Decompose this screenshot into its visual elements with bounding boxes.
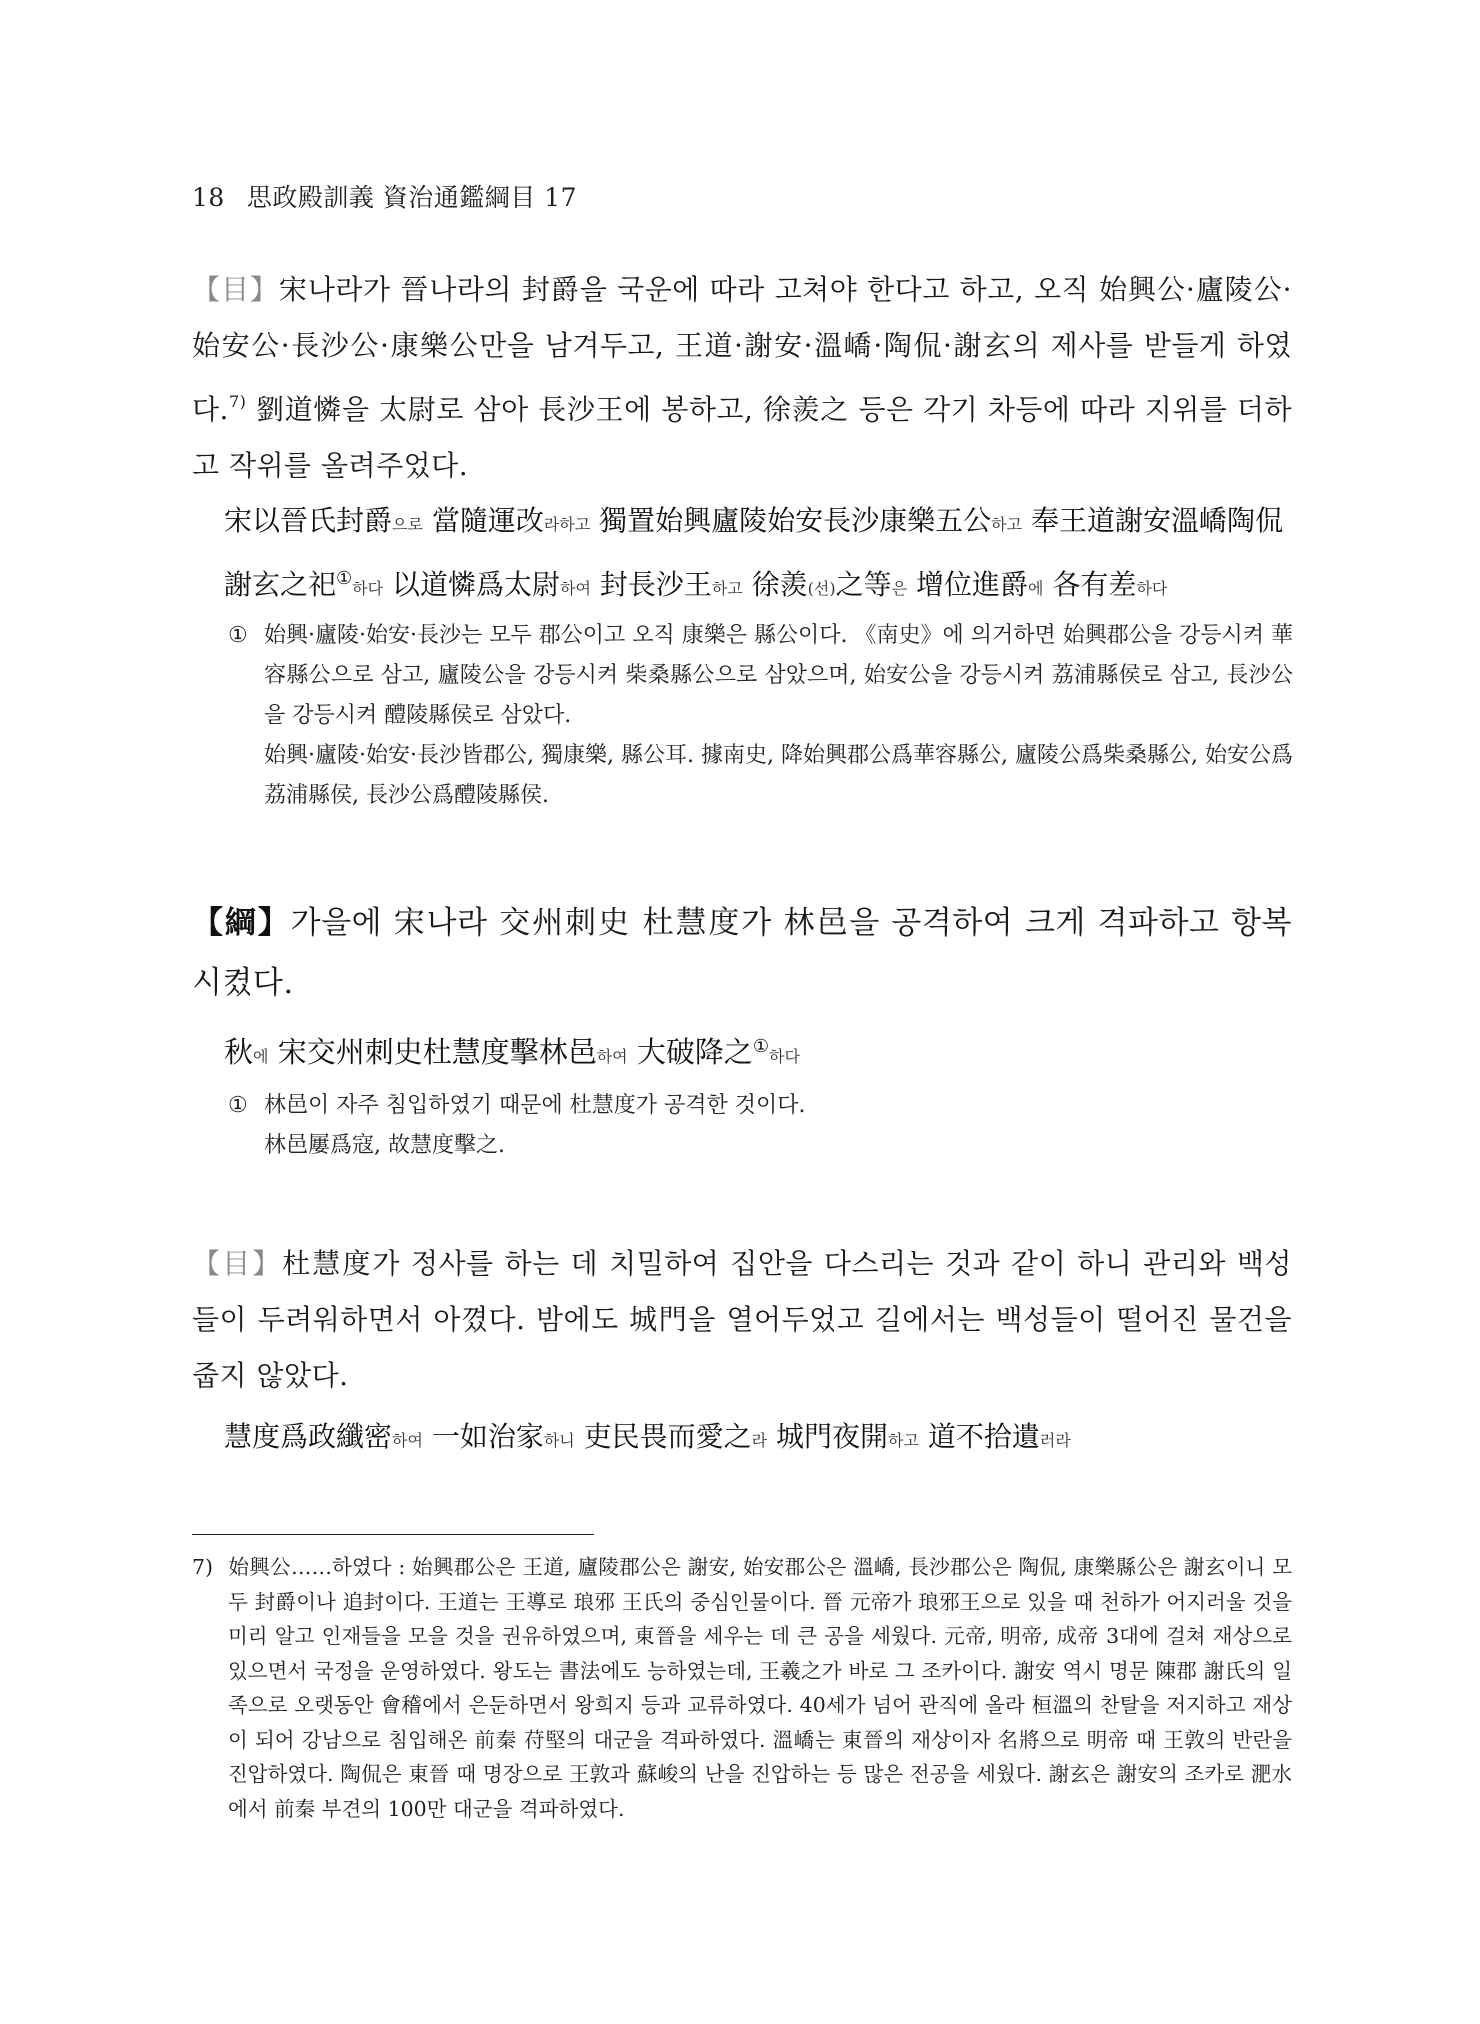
hanmun-particle: 하니 xyxy=(544,1431,575,1450)
annotation-marker: ① xyxy=(228,1086,264,1126)
hanmun-particle: 하여 xyxy=(597,1047,628,1066)
section-mok-2: 【目】杜慧度가 정사를 하는 데 치밀하여 집안을 다스리는 것과 같이 하니 … xyxy=(192,1236,1292,1404)
footnote-number: 7) xyxy=(192,1550,228,1585)
hanmun-phrase: 各有差 xyxy=(1043,568,1136,601)
annotation-marker: ① xyxy=(228,616,264,656)
running-header: 18思政殿訓義 資治通鑑綱目 17 xyxy=(192,178,577,214)
hanmun-phrase: 封長沙王 xyxy=(591,568,712,601)
hanmun-particle: 은 xyxy=(892,579,907,598)
hanmun-original-2: 秋에 宋交州刺史杜慧度擊林邑하여 大破降之①하다 xyxy=(224,1020,1294,1084)
hanmun-phrase: 城門夜開 xyxy=(767,1420,888,1453)
hanmun-original-1: 宋以晉氏封爵으로 當隨運改라하고 獨置始興廬陵始安長沙康樂五公하고 奉王道謝安溫… xyxy=(224,494,1294,616)
hanmun-particle: 에 xyxy=(253,1047,268,1066)
mok-tag: 【目】 xyxy=(192,273,279,306)
annotation-korean: 林邑이 자주 침입하였기 때문에 杜慧度가 공격한 것이다. xyxy=(264,1093,806,1118)
annotation-hanmun: 林邑屢爲寇, 故慧度擊之. xyxy=(228,1126,1293,1166)
annotation-korean: 始興·廬陵·始安·長沙는 모두 郡公이고 오직 康樂은 縣公이다. 《南史》에 … xyxy=(264,623,1293,728)
hanmun-particle: 하다 xyxy=(769,1047,800,1066)
hanmun-phrase: 吏民畏而愛之 xyxy=(575,1420,752,1453)
hanmun-particle: 하여 xyxy=(392,1431,423,1450)
hanmun-phrase: 秋 xyxy=(224,1035,253,1069)
hanmun-particle: 에 xyxy=(1028,579,1043,598)
hanmun-particle: 하다 xyxy=(1136,579,1167,598)
hanmun-phrase: 大破降之 xyxy=(628,1035,753,1069)
footnote-ref-7[interactable]: 7) xyxy=(229,392,246,411)
gang-text: 가을에 宋나라 交州刺史 杜慧度가 林邑을 공격하여 크게 격파하고 항복시켰다… xyxy=(192,905,1292,1001)
footnote-divider xyxy=(192,1534,594,1535)
gang-tag: 【綱】 xyxy=(192,905,291,941)
hanmun-original-3: 慧度爲政纖密하여 一如治家하니 吏民畏而愛之라 城門夜開하고 道不拾遺러라 xyxy=(224,1410,1294,1468)
hanmun-reading: (선) xyxy=(808,579,836,598)
section-gang: 【綱】가을에 宋나라 交州刺史 杜慧度가 林邑을 공격하여 크게 격파하고 항복… xyxy=(192,893,1292,1013)
hanmun-particle: 하다 xyxy=(352,579,383,598)
hanmun-particle: 하여 xyxy=(560,579,591,598)
hanmun-phrase: 增位進爵 xyxy=(907,568,1028,601)
annotation-1: ①始興·廬陵·始安·長沙는 모두 郡公이고 오직 康樂은 縣公이다. 《南史》에… xyxy=(228,616,1293,816)
hanmun-phrase: 道不拾遺 xyxy=(919,1420,1040,1453)
hanmun-phrase: 宋以晉氏封爵 xyxy=(224,504,392,537)
hanmun-particle: 러라 xyxy=(1040,1431,1071,1450)
page-number: 18 xyxy=(192,183,225,212)
hanmun-phrase: 當隨運改 xyxy=(423,504,544,537)
footnote-text: 始興公……하였다 : 始興郡公은 王道, 廬陵郡公은 謝安, 始安郡公은 溫嶠,… xyxy=(228,1555,1292,1821)
hanmun-particle: 라 xyxy=(752,1431,767,1450)
hanmun-phrase: 慧度爲政纖密 xyxy=(224,1420,392,1453)
document-page: 18思政殿訓義 資治通鑑綱目 17 【目】宋나라가 晉나라의 封爵을 국운에 따… xyxy=(0,0,1480,2024)
hanmun-particle: 으로 xyxy=(392,515,423,534)
annotation-2: ①林邑이 자주 침입하였기 때문에 杜慧度가 공격한 것이다. 林邑屢爲寇, 故… xyxy=(228,1086,1293,1166)
annotation-hanmun: 始興·廬陵·始安·長沙皆郡公, 獨康樂, 縣公耳. 據南史, 降始興郡公爲華容縣… xyxy=(228,736,1293,816)
hanmun-phrase: 獨置始興廬陵始安長沙康樂五公 xyxy=(590,504,991,537)
section-mok-1: 【目】宋나라가 晉나라의 封爵을 국운에 따라 고쳐야 한다고 하고, 오직 始… xyxy=(192,262,1292,494)
hanmun-phrase: 之等 xyxy=(836,568,892,601)
hanmun-phrase: 以道憐爲太尉 xyxy=(383,568,560,601)
hanmun-phrase: 一如治家 xyxy=(423,1420,544,1453)
hanmun-phrase: 宋交州刺史杜慧度擊林邑 xyxy=(268,1035,596,1069)
note-ref-1[interactable]: ① xyxy=(753,1036,769,1057)
hanmun-particle: 하고 xyxy=(712,579,743,598)
footnote-7: 7)始興公……하였다 : 始興郡公은 王道, 廬陵郡公은 謝安, 始安郡公은 溫… xyxy=(192,1550,1292,1826)
mok-tag: 【目】 xyxy=(192,1247,282,1280)
hanmun-particle: 하고 xyxy=(991,515,1022,534)
hanmun-phrase: 徐羨 xyxy=(743,568,808,601)
hanmun-particle: 라하고 xyxy=(544,515,590,534)
mok-text-cont: 劉道憐을 太尉로 삼아 長沙王에 봉하고, 徐羨之 등은 각기 차등에 따라 지… xyxy=(192,393,1292,482)
book-title: 思政殿訓義 資治通鑑綱目 17 xyxy=(247,183,577,212)
note-ref-1[interactable]: ① xyxy=(336,568,352,589)
hanmun-particle: 하고 xyxy=(888,1431,919,1450)
mok-text: 杜慧度가 정사를 하는 데 치밀하여 집안을 다스리는 것과 같이 하니 관리와… xyxy=(192,1247,1292,1392)
